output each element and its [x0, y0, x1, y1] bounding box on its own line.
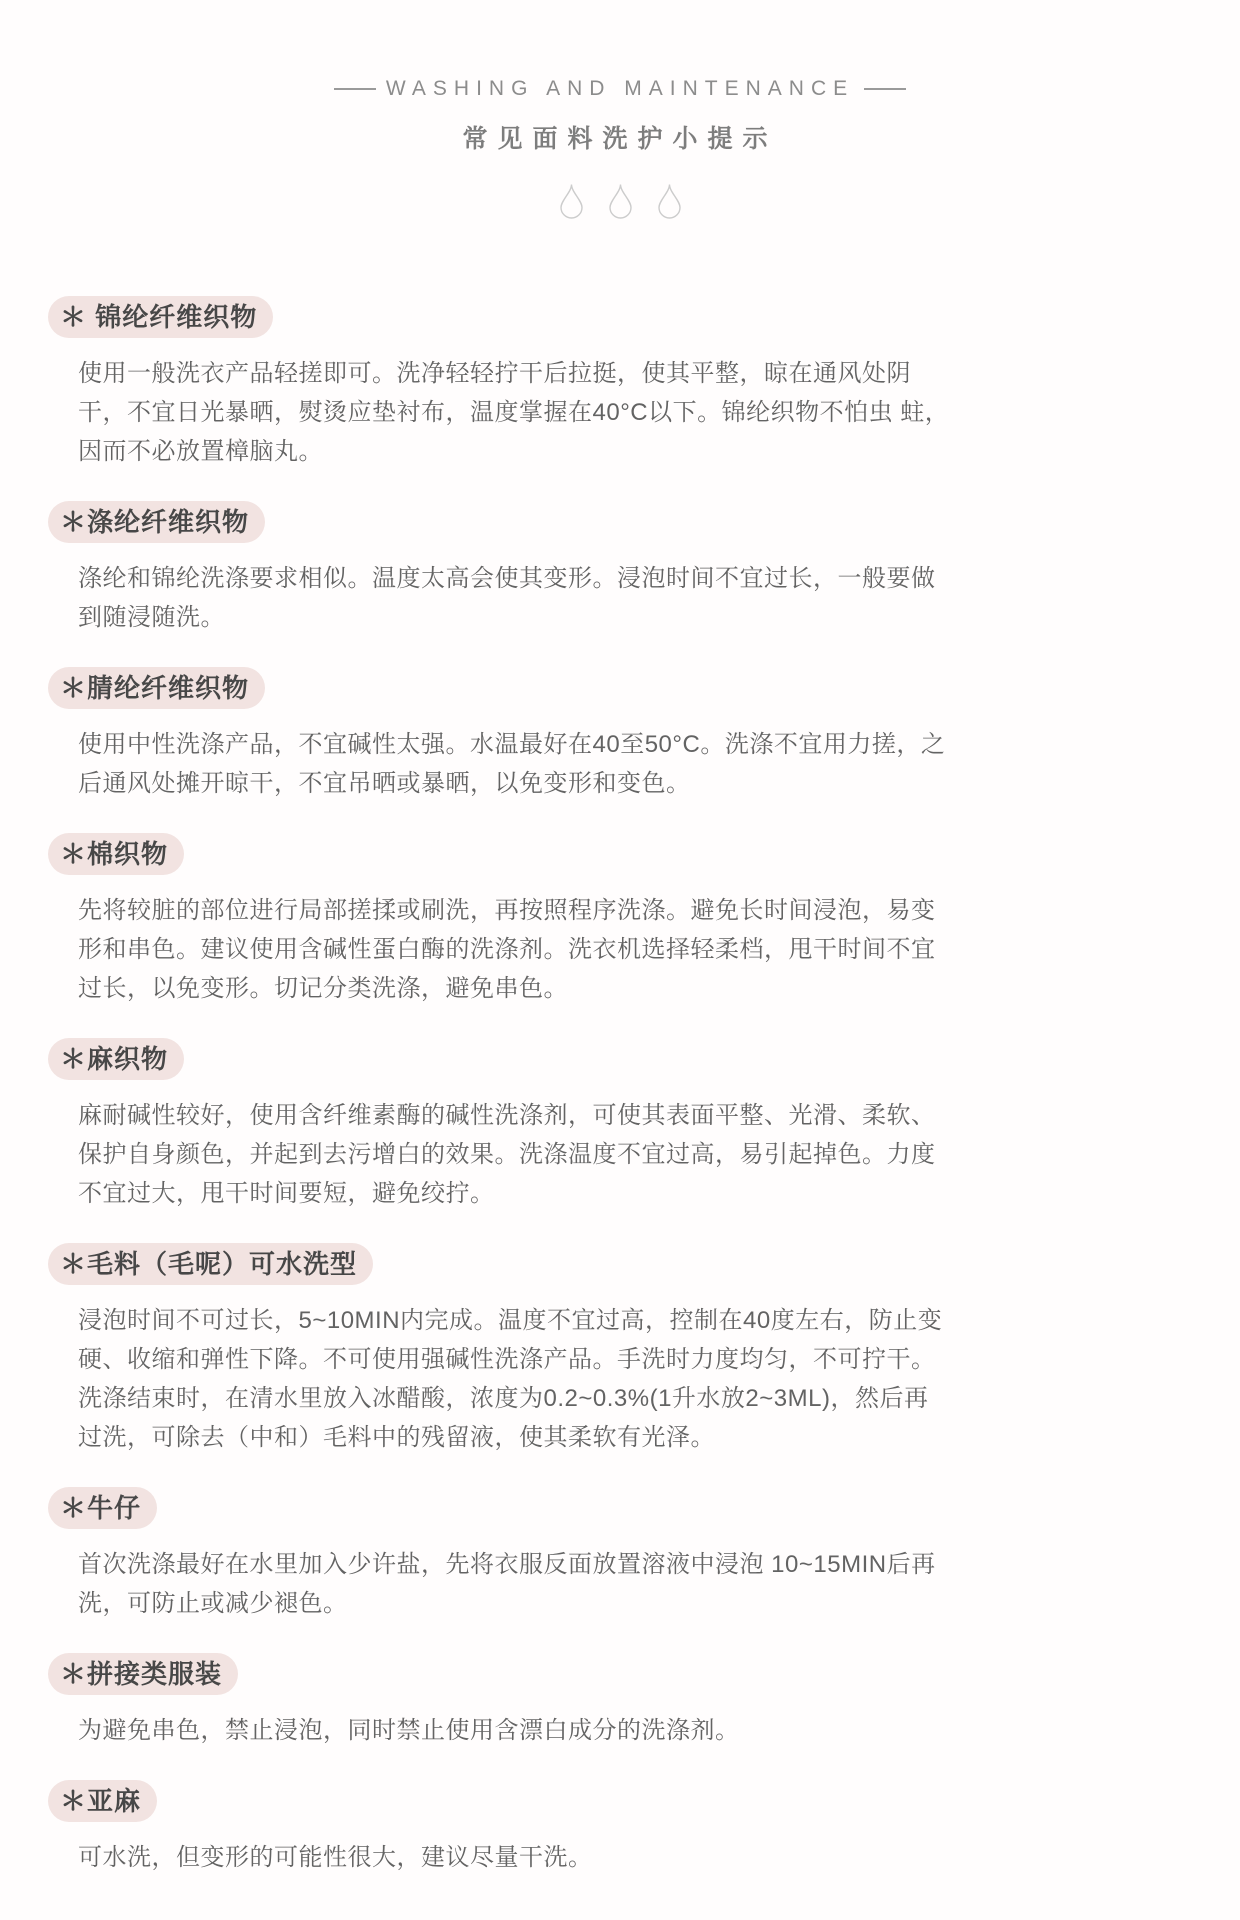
section-hemp: ＊麻织物 麻耐碱性较好，使用含纤维素酶的碱性洗涤剂，可使其表面平整、光滑、柔软、…	[48, 1038, 1192, 1213]
section-title-pill: ＊棉织物	[48, 833, 184, 875]
section-polyester: ＊涤纶纤维织物 涤纶和锦纶洗涤要求相似。温度太高会使其变形。浸泡时间不宜过长，一…	[48, 501, 1192, 637]
section-body: 可水洗，但变形的可能性很大，建议尽量干洗。	[78, 1838, 950, 1877]
section-title-pill: ＊麻织物	[48, 1038, 184, 1080]
english-title-row: WASHING AND MAINTENANCE	[0, 76, 1240, 102]
section-body: 麻耐碱性较好，使用含纤维素酶的碱性洗涤剂，可使其表面平整、光滑、柔软、保护自身颜…	[78, 1096, 950, 1213]
section-title-pill: ＊腈纶纤维织物	[48, 667, 265, 709]
section-body: 浸泡时间不可过长，5~10MIN内完成。温度不宜过高，控制在40度左右，防止变硬…	[78, 1301, 950, 1457]
section-title-pill: ＊亚麻	[48, 1780, 157, 1822]
section-denim: ＊牛仔 首次洗涤最好在水里加入少许盐，先将衣服反面放置溶液中浸泡 10~15MI…	[48, 1487, 1192, 1623]
sections-list: ＊ 锦纶纤维织物 使用一般洗衣产品轻搓即可。洗净轻轻拧干后拉挺，使其平整，晾在通…	[0, 296, 1240, 1877]
section-body: 为避免串色，禁止浸泡，同时禁止使用含漂白成分的洗涤剂。	[78, 1711, 950, 1750]
section-patchwork: ＊拼接类服装 为避免串色，禁止浸泡，同时禁止使用含漂白成分的洗涤剂。	[48, 1653, 1192, 1750]
header-dash-right	[864, 88, 906, 90]
water-drop-icon	[558, 183, 585, 219]
english-title: WASHING AND MAINTENANCE	[386, 76, 854, 102]
section-linen: ＊亚麻 可水洗，但变形的可能性很大，建议尽量干洗。	[48, 1780, 1192, 1877]
section-body: 使用一般洗衣产品轻搓即可。洗净轻轻拧干后拉挺，使其平整，晾在通风处阴干，不宜日光…	[78, 354, 950, 471]
section-title-pill: ＊ 锦纶纤维织物	[48, 296, 273, 338]
section-acrylic: ＊腈纶纤维织物 使用中性洗涤产品，不宜碱性太强。水温最好在40至50°C。洗涤不…	[48, 667, 1192, 803]
header-dash-left	[334, 88, 376, 90]
water-drop-icon	[607, 183, 634, 219]
chinese-title: 常见面料洗护小提示	[0, 122, 1240, 157]
section-wool: ＊毛料（毛呢）可水洗型 浸泡时间不可过长，5~10MIN内完成。温度不宜过高，控…	[48, 1243, 1192, 1457]
water-drops-row	[0, 181, 1240, 221]
washing-care-page: WASHING AND MAINTENANCE 常见面料洗护小提示 ＊ 锦纶纤维…	[0, 0, 1240, 1920]
page-header: WASHING AND MAINTENANCE 常见面料洗护小提示	[0, 0, 1240, 221]
section-body: 涤纶和锦纶洗涤要求相似。温度太高会使其变形。浸泡时间不宜过长，一般要做到随浸随洗…	[78, 559, 950, 637]
section-title-pill: ＊涤纶纤维织物	[48, 501, 265, 543]
section-title-pill: ＊牛仔	[48, 1487, 157, 1529]
section-body: 先将较脏的部位进行局部搓揉或刷洗，再按照程序洗涤。避免长时间浸泡，易变形和串色。…	[78, 891, 950, 1008]
section-nylon: ＊ 锦纶纤维织物 使用一般洗衣产品轻搓即可。洗净轻轻拧干后拉挺，使其平整，晾在通…	[48, 296, 1192, 471]
section-title-pill: ＊拼接类服装	[48, 1653, 238, 1695]
section-title-pill: ＊毛料（毛呢）可水洗型	[48, 1243, 373, 1285]
section-body: 使用中性洗涤产品，不宜碱性太强。水温最好在40至50°C。洗涤不宜用力搓，之后通…	[78, 725, 950, 803]
water-drop-icon	[656, 183, 683, 219]
section-body: 首次洗涤最好在水里加入少许盐，先将衣服反面放置溶液中浸泡 10~15MIN后再洗…	[78, 1545, 950, 1623]
section-cotton: ＊棉织物 先将较脏的部位进行局部搓揉或刷洗，再按照程序洗涤。避免长时间浸泡，易变…	[48, 833, 1192, 1008]
